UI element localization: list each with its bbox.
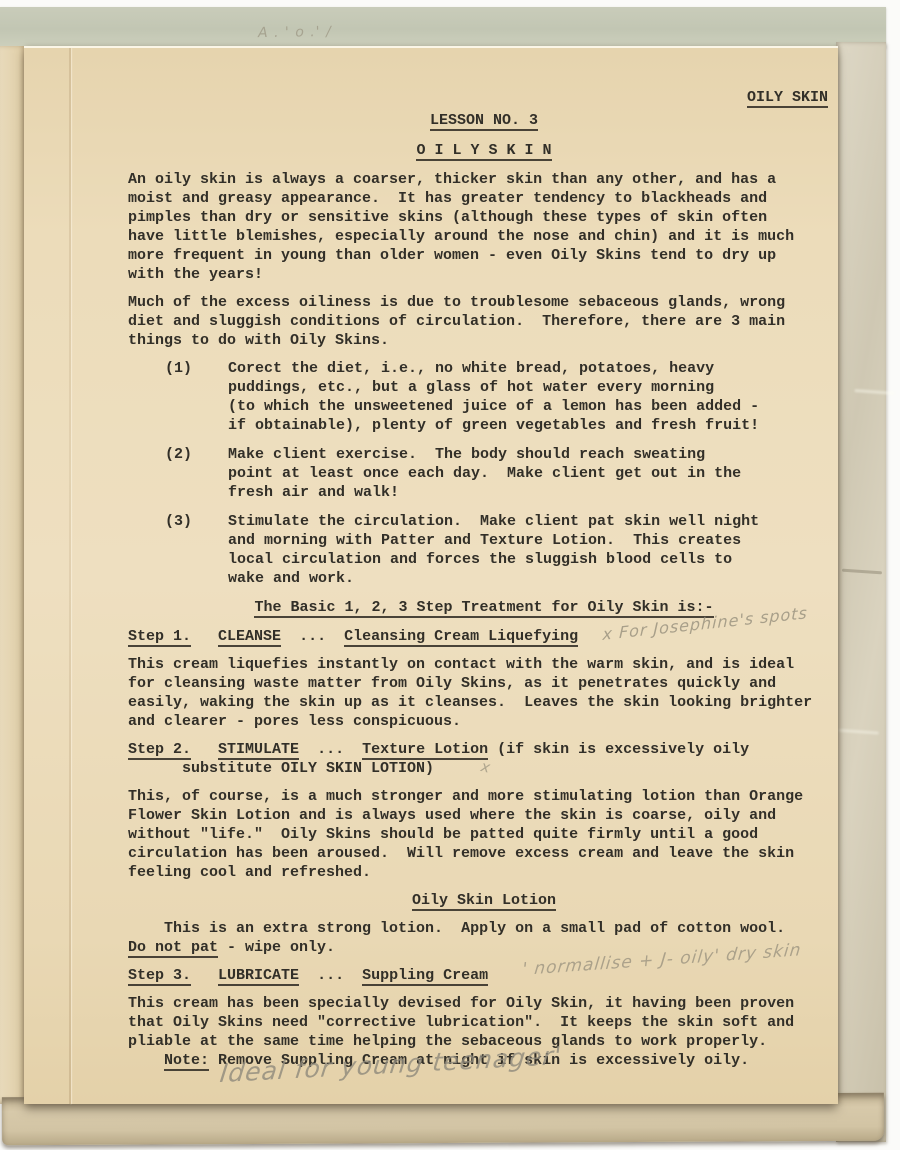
- list-marker: (2): [128, 445, 228, 502]
- list-item-1: (1)Corect the diet, i.e., no white bread…: [128, 359, 840, 435]
- list-text: Stimulate the circulation. Make client p…: [228, 512, 840, 588]
- corner-label: OILY SKIN: [128, 88, 840, 107]
- scanned-document: A . ' o .' / OILY SKIN LESSON NO. 3 O I …: [0, 0, 900, 1150]
- step2-label: Step 2.: [128, 741, 191, 760]
- page-crease: [69, 48, 71, 1104]
- under-page-left-edge: [0, 46, 26, 1104]
- step1-paragraph: This cream liquefies instantly on contac…: [128, 655, 840, 731]
- list-text: Corect the diet, i.e., no white bread, p…: [228, 359, 840, 435]
- step3-product: Suppling Cream: [362, 967, 488, 986]
- list-item-3: (3)Stimulate the circulation. Make clien…: [128, 512, 840, 588]
- list-item-2: (2)Make client exercise. The body should…: [128, 445, 840, 502]
- note-label: Note:: [164, 1052, 209, 1071]
- do-not-pat: Do not pat: [128, 939, 218, 958]
- step1-label: Step 1.: [128, 628, 191, 647]
- step2-keyword: STIMULATE: [218, 741, 299, 760]
- step2-product: Texture Lotion: [362, 741, 488, 760]
- step3-paragraph: This cream has been specially devised fo…: [128, 994, 840, 1051]
- step3-label: Step 3.: [128, 967, 191, 986]
- lesson-title: LESSON NO. 3: [128, 111, 840, 130]
- step1-dots: ...: [299, 628, 326, 645]
- list-text: Make client exercise. The body should re…: [228, 445, 840, 502]
- step3-dots: ...: [317, 967, 344, 984]
- backing-sheet-right-edge: [836, 42, 886, 1142]
- page-content: OILY SKIN LESSON NO. 3 O I L Y S K I N A…: [128, 88, 840, 1070]
- step2-dots: ...: [317, 741, 344, 758]
- corner-label-text: OILY SKIN: [747, 89, 828, 108]
- intro-paragraph-1: An oily skin is always a coarser, thicke…: [128, 170, 840, 284]
- step1-product: Cleansing Cream Liquefying: [344, 628, 578, 647]
- page-title: O I L Y S K I N: [128, 141, 840, 160]
- intro-paragraph-2: Much of the excess oiliness is due to tr…: [128, 293, 840, 350]
- step2-paragraph: This, of course, is a much stronger and …: [128, 787, 840, 882]
- step3-keyword: LUBRICATE: [218, 967, 299, 986]
- list-marker: (1): [128, 359, 228, 435]
- step1-keyword: CLEANSE: [218, 628, 281, 647]
- list-marker: (3): [128, 512, 228, 588]
- lotion-heading: Oily Skin Lotion: [128, 891, 840, 910]
- step3-heading: Step 3. LUBRICATE ... Suppling Cream: [128, 966, 840, 985]
